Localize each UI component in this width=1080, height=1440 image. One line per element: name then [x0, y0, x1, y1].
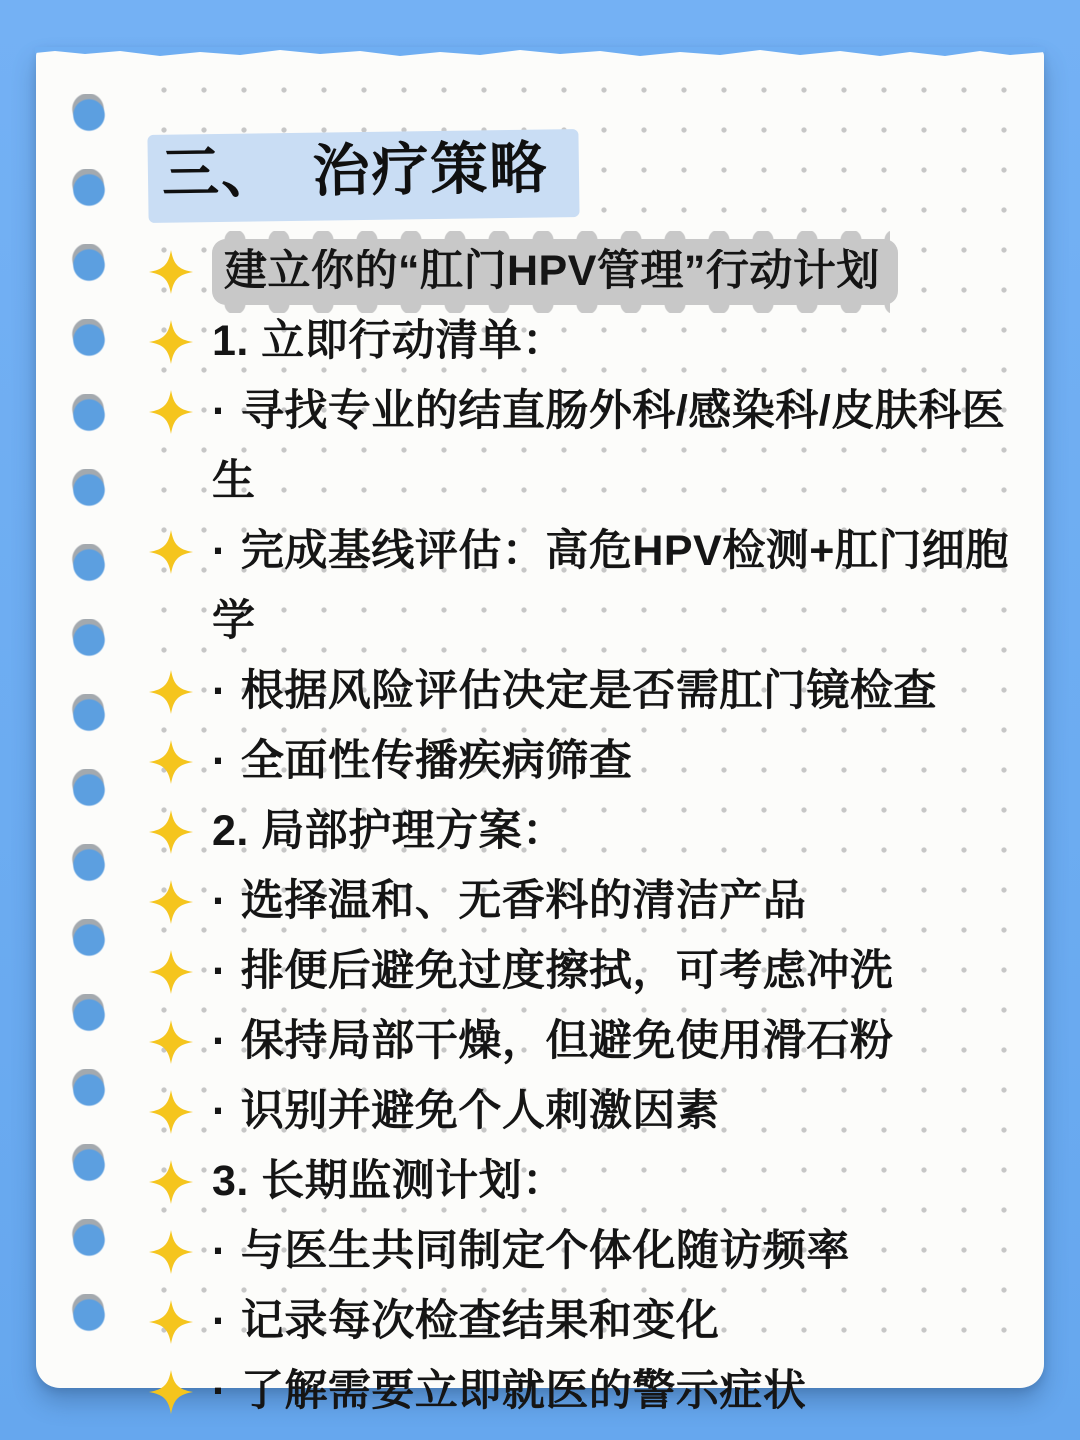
list-item: ·与医生共同制定个体化随访频率 [148, 1216, 1020, 1286]
list-item-text-wrap: ·选择温和、无香料的清洁产品 [212, 866, 1018, 936]
bullet-dot: · [212, 877, 227, 925]
page-title: 三、 治疗策略 [162, 137, 549, 205]
list-item-text: 选择温和、无香料的清洁产品 [241, 877, 807, 925]
subtitle-text-wrap: 建立你的“肛门HPV管理”行动计划 [212, 236, 1018, 306]
title-block: 三、 治疗策略 [148, 132, 1020, 220]
sparkle-icon [148, 1286, 198, 1356]
list-item-text-wrap: ·排便后避免过度擦拭，可考虑冲洗 [212, 936, 1018, 1006]
card-content: 三、 治疗策略 建立你的“肛门HPV管理”行动计划 1. 立即行动清单： [148, 132, 1020, 1426]
sparkle-icon [148, 796, 198, 866]
bullet-dot: · [212, 1017, 227, 1065]
section-heading: 3. 长期监测计划： [212, 1146, 1018, 1216]
torn-edge [35, 47, 1045, 59]
list-item-text-wrap: ·记录每次检查结果和变化 [212, 1286, 1018, 1356]
sparkle-icon [148, 1216, 198, 1286]
section-heading-row: 2. 局部护理方案： [148, 796, 1020, 866]
list-item: ·选择温和、无香料的清洁产品 [148, 866, 1020, 936]
list-item: ·记录每次检查结果和变化 [148, 1286, 1020, 1356]
bullet-dot: · [212, 667, 227, 715]
subtitle-row: 建立你的“肛门HPV管理”行动计划 [148, 236, 1020, 306]
list-item-text: 排便后避免过度擦拭，可考虑冲洗 [241, 947, 894, 995]
section-heading-row: 3. 长期监测计划： [148, 1146, 1020, 1216]
section-heading: 2. 局部护理方案： [212, 796, 1018, 866]
sparkle-icon [148, 1356, 198, 1426]
page-background: { "card": { "title": "三、 治疗策略", "subtitl… [0, 0, 1080, 1440]
list-item-text: 识别并避免个人刺激因素 [241, 1087, 720, 1135]
list-item: ·保持局部干燥，但避免使用滑石粉 [148, 1006, 1020, 1076]
paper-card: 三、 治疗策略 建立你的“肛门HPV管理”行动计划 1. 立即行动清单： [36, 48, 1044, 1388]
bullet-dot: · [212, 527, 227, 575]
list-item: ·完成基线评估：高危HPV检测+肛门细胞学 [148, 516, 1020, 656]
subtitle-highlight: 建立你的“肛门HPV管理”行动计划 [212, 239, 898, 305]
list-item-text-wrap: ·根据风险评估决定是否需肛门镜检查 [212, 656, 1018, 726]
list-item-text: 完成基线评估：高危HPV检测+肛门细胞学 [212, 527, 1009, 645]
list-item-text: 记录每次检查结果和变化 [241, 1297, 720, 1345]
sparkle-icon [148, 726, 198, 796]
list-item-text-wrap: ·保持局部干燥，但避免使用滑石粉 [212, 1006, 1018, 1076]
bullet-dot: · [212, 1297, 227, 1345]
list-item: ·寻找专业的结直肠外科/感染科/皮肤科医生 [148, 376, 1020, 516]
list-item: ·识别并避免个人刺激因素 [148, 1076, 1020, 1146]
section-heading-row: 1. 立即行动清单： [148, 306, 1020, 376]
subtitle-text: 建立你的“肛门HPV管理”行动计划 [224, 247, 880, 295]
list-item-text: 根据风险评估决定是否需肛门镜检查 [241, 667, 937, 715]
list-item-text-wrap: ·与医生共同制定个体化随访频率 [212, 1216, 1018, 1286]
sparkle-icon [148, 376, 198, 446]
title-highlight: 三、 治疗策略 [147, 129, 579, 223]
list-item: ·全面性传播疾病筛查 [148, 726, 1020, 796]
sparkle-icon [148, 1006, 198, 1076]
list-item-text-wrap: ·识别并避免个人刺激因素 [212, 1076, 1018, 1146]
list-item-text: 寻找专业的结直肠外科/感染科/皮肤科医生 [212, 387, 1005, 505]
action-plan-list: 建立你的“肛门HPV管理”行动计划 1. 立即行动清单： ·寻找专业的结直肠外科… [148, 236, 1020, 1426]
section-heading: 1. 立即行动清单： [212, 306, 1018, 376]
bullet-dot: · [212, 1367, 227, 1415]
list-item-text: 全面性传播疾病筛查 [241, 737, 633, 785]
list-item-text-wrap: ·寻找专业的结直肠外科/感染科/皮肤科医生 [212, 376, 1018, 516]
sparkle-icon [148, 656, 198, 726]
list-item: ·了解需要立即就医的警示症状 [148, 1356, 1020, 1426]
sparkle-icon [148, 306, 198, 376]
sparkle-icon [148, 866, 198, 936]
list-item: ·排便后避免过度擦拭，可考虑冲洗 [148, 936, 1020, 1006]
bullet-dot: · [212, 947, 227, 995]
list-item-text: 了解需要立即就医的警示症状 [241, 1367, 807, 1415]
notebook-holes [71, 94, 107, 1334]
bullet-dot: · [212, 1087, 227, 1135]
sparkle-icon [148, 1146, 198, 1216]
sparkle-icon [148, 236, 198, 306]
sparkle-icon [148, 1076, 198, 1146]
list-item-text-wrap: ·完成基线评估：高危HPV检测+肛门细胞学 [212, 516, 1018, 656]
list-item-text-wrap: ·全面性传播疾病筛查 [212, 726, 1018, 796]
bullet-dot: · [212, 387, 227, 435]
sparkle-icon [148, 516, 198, 586]
list-item-text: 与医生共同制定个体化随访频率 [241, 1227, 850, 1275]
list-item: ·根据风险评估决定是否需肛门镜检查 [148, 656, 1020, 726]
bullet-dot: · [212, 1227, 227, 1275]
list-item-text-wrap: ·了解需要立即就医的警示症状 [212, 1356, 1018, 1426]
list-item-text: 保持局部干燥，但避免使用滑石粉 [241, 1017, 894, 1065]
bullet-dot: · [212, 737, 227, 785]
sparkle-icon [148, 936, 198, 1006]
